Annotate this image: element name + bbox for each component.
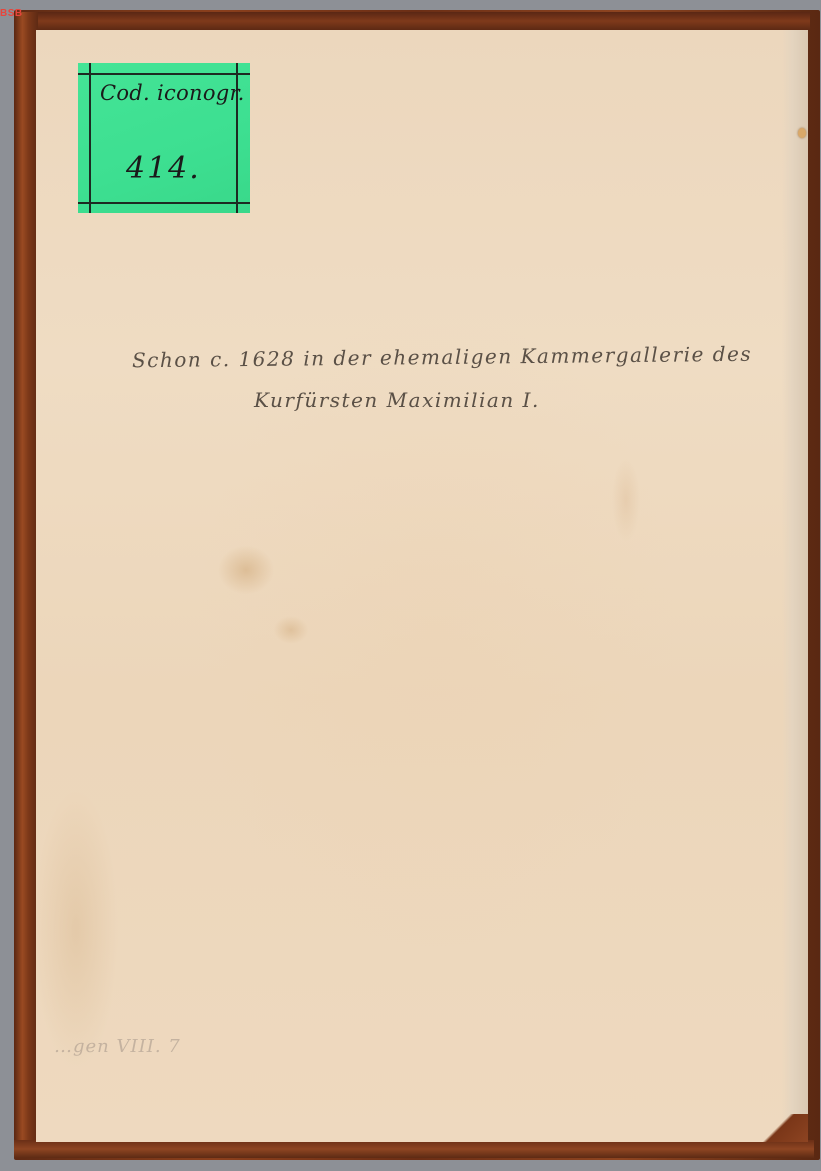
bsb-watermark: BSB [0,8,23,19]
label-rule-left [89,63,91,213]
corner-wear [753,1114,808,1142]
faint-pencil-note: …gen VIII. 7 [54,1036,181,1057]
shelfmark-collection: Cod. iconogr. [100,81,245,105]
pin-mark [798,128,806,138]
label-rule-top [78,73,250,75]
binding-edge-left [14,12,38,1158]
shelfmark-label: Cod. iconogr. 414. [78,63,250,213]
binding-edge-bottom [14,1140,814,1158]
paper-right-edge [782,30,808,1142]
label-rule-bottom [78,202,250,204]
provenance-note-line2: Kurfürsten Maximilian I. [254,388,540,412]
shelfmark-number: 414. [126,151,201,186]
provenance-note-line1: Schon c. 1628 in der ehemaligen Kammerga… [132,342,752,372]
binding-edge-top [14,12,810,30]
pastedown-paper: Cod. iconogr. 414. Schon c. 1628 in der … [36,30,808,1142]
